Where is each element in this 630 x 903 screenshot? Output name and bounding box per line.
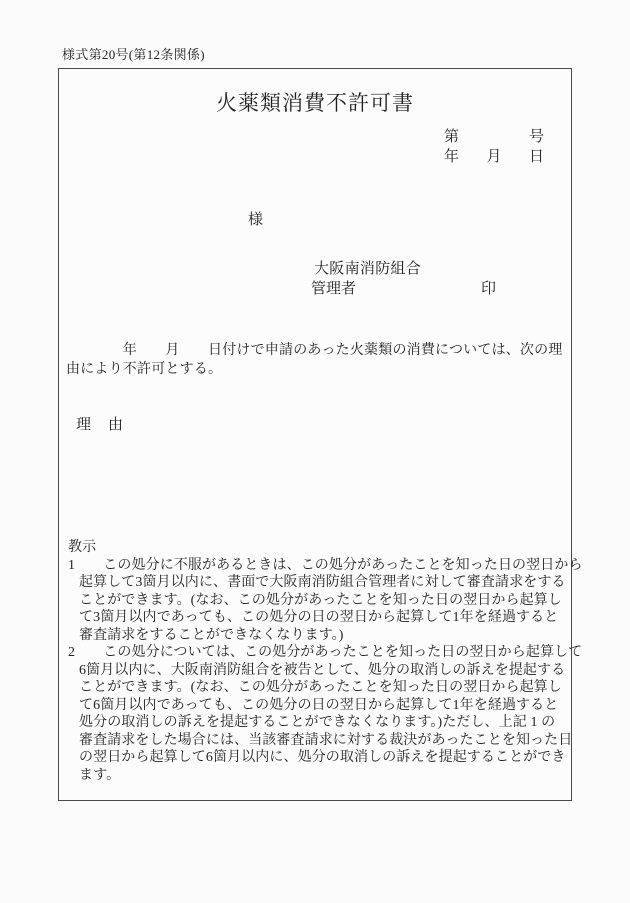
body-paragraph-line: 由により不許可とする。 bbox=[66, 360, 566, 379]
teaching-item-2-line: 6箇月以内に、大阪南消防組合を被告として、処分の取消しの訴えを提起する bbox=[79, 662, 566, 680]
teaching-item-2-line: の翌日から起算して6箇月以内に、処分の取消しの訴えを提起することができ bbox=[79, 749, 566, 767]
teaching-item-1-line: 1 この処分に不服があるときは、この処分があったことを知った日の翌日から bbox=[68, 557, 566, 575]
reason-label: 理 由 bbox=[76, 413, 124, 434]
teaching-item-2-line: ます。 bbox=[79, 767, 566, 785]
body-paragraph: 年 月 日付けで申請のあった火薬類の消費については、次の理 由により不許可とする… bbox=[66, 341, 566, 379]
body-paragraph-line: 年 月 日付けで申請のあった火薬類の消費については、次の理 bbox=[66, 341, 566, 360]
doc-number-suffix: 号 bbox=[529, 125, 544, 146]
teaching-heading: 教示 bbox=[68, 539, 566, 557]
teaching-item-1-line: て3箇月以内であっても、この処分の日の翌日から起算して1年を経過すると bbox=[79, 609, 566, 627]
issuer-role: 管理者 bbox=[311, 277, 356, 298]
document-page: 様式第20号(第12条関係) 火薬類消費不許可書 第 号 年 月 日 様 大阪南… bbox=[0, 0, 630, 903]
addressee-honorific: 様 bbox=[248, 208, 263, 229]
teaching-item-2-line: 処分の取消しの訴えを提起することができなくなります。)ただし、上記 1 の bbox=[79, 714, 566, 732]
issuer-role-row: 管理者 印 bbox=[311, 277, 496, 298]
teaching-item-1-line: 起算して3箇月以内に、書面で大阪南消防組合管理者に対して審査請求をする bbox=[79, 574, 566, 592]
date-year-label: 年 bbox=[444, 145, 459, 166]
teaching-item-1-line: ことができます。(なお、この処分があったことを知った日の翌日から起算し bbox=[79, 592, 566, 610]
issuer-organization: 大阪南消防組合 bbox=[314, 257, 421, 278]
date-month-label: 月 bbox=[486, 145, 501, 166]
issuer-seal-mark: 印 bbox=[481, 277, 496, 298]
teaching-item-1-line: 審査請求をすることができなくなります。) bbox=[79, 627, 566, 645]
form-number-label: 様式第20号(第12条関係) bbox=[62, 44, 205, 63]
document-title: 火薬類消費不許可書 bbox=[59, 87, 571, 117]
document-border-box: 火薬類消費不許可書 第 号 年 月 日 様 大阪南消防組合 管理者 印 年 月 … bbox=[58, 68, 572, 801]
document-number-row: 第 号 bbox=[444, 125, 544, 146]
doc-number-prefix: 第 bbox=[444, 125, 459, 146]
document-date-row: 年 月 日 bbox=[444, 145, 544, 166]
teaching-item-2-line: ことができます。(なお、この処分があったことを知った日の翌日から起算し bbox=[79, 679, 566, 697]
teaching-section: 教示 1 この処分に不服があるときは、この処分があったことを知った日の翌日から … bbox=[68, 539, 566, 784]
date-day-label: 日 bbox=[529, 145, 544, 166]
teaching-item-2-line: 2 この処分については、この処分があったことを知った日の翌日から起算して bbox=[68, 644, 566, 662]
teaching-item-2-line: 審査請求をした場合には、当該審査請求に対する裁決があったことを知った日 bbox=[79, 732, 566, 750]
teaching-item-2-line: て6箇月以内であっても、この処分の日の翌日から起算して1年を経過すると bbox=[79, 697, 566, 715]
